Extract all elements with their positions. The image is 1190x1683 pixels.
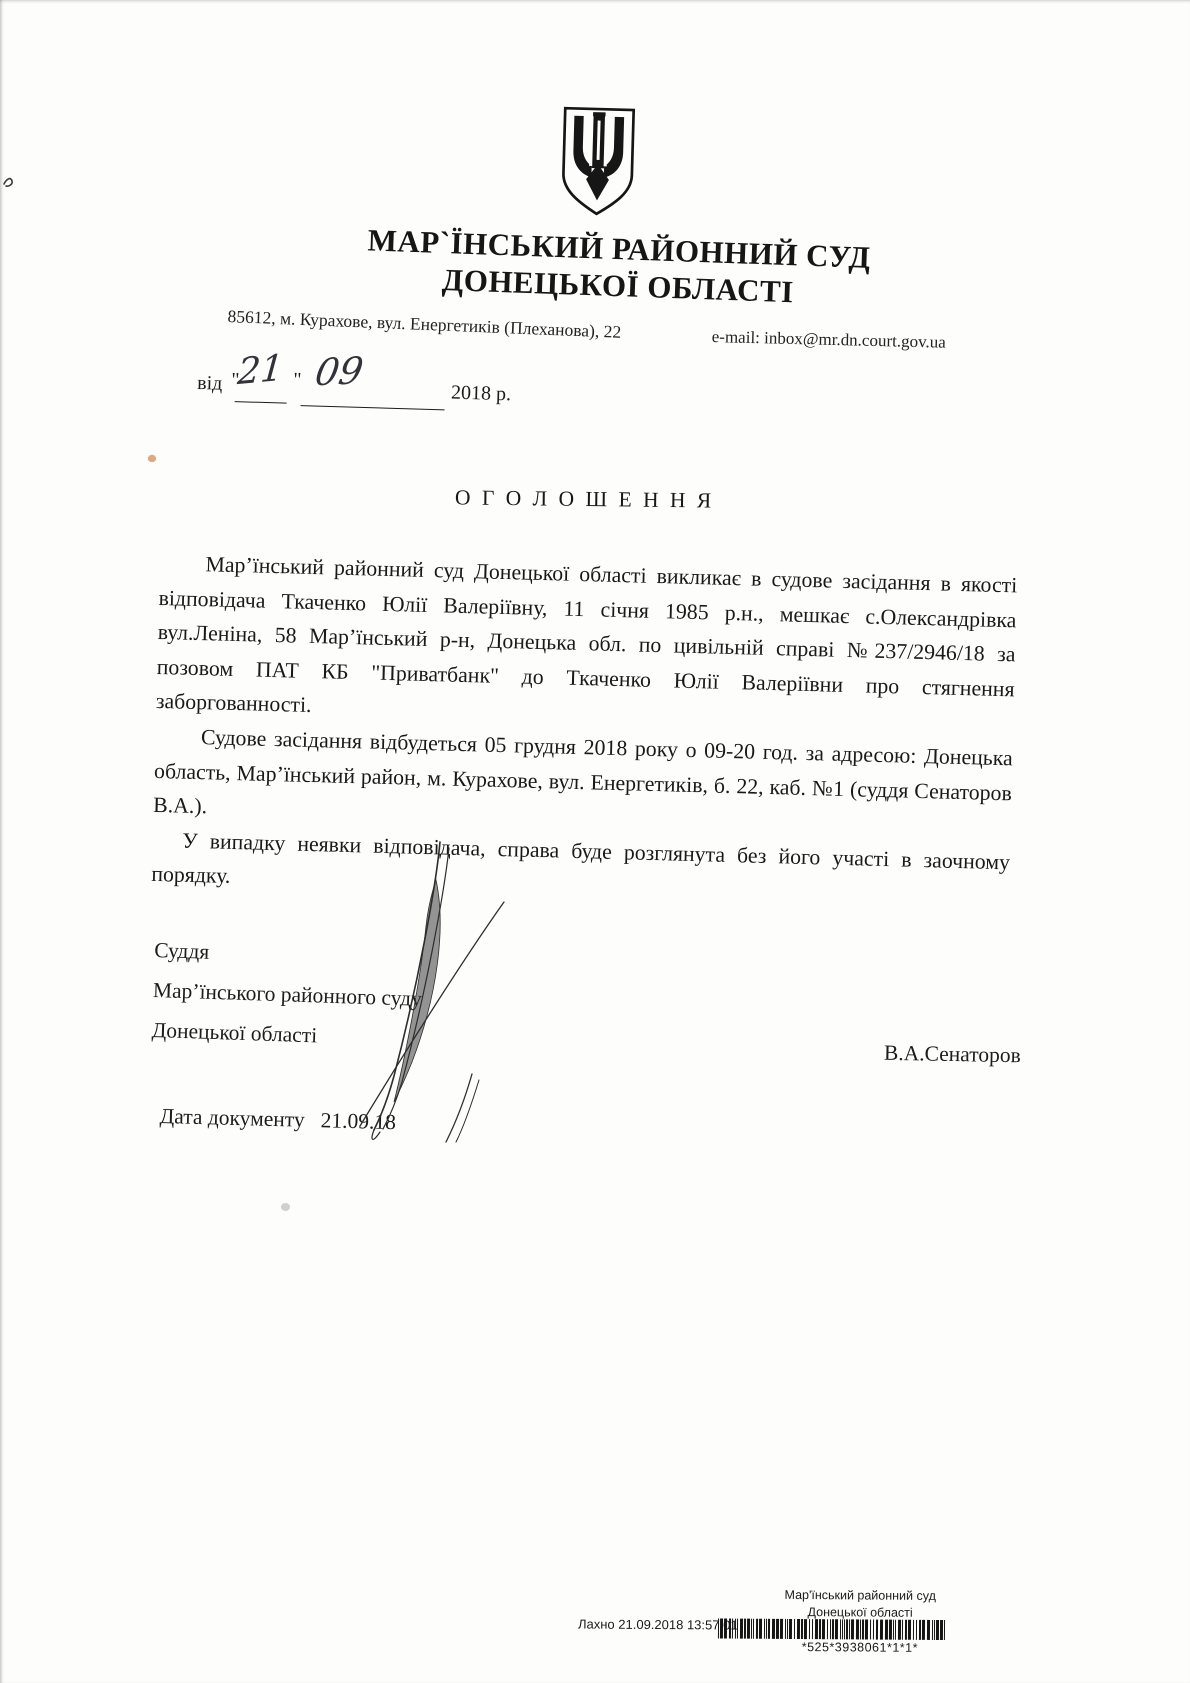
barcode-text: *525*3938061*1*1*	[720, 1639, 1000, 1655]
smudge-artifact	[281, 1203, 290, 1211]
document-date-label: Дата документу	[159, 1104, 305, 1132]
document-date-line: від " 21 " 09 2018 р.	[196, 356, 618, 438]
footer-court-name: Мар'їнський районний суд	[720, 1587, 1000, 1603]
handwritten-day: 21	[236, 347, 285, 393]
handwritten-month: 09	[312, 349, 366, 394]
orange-dot-artifact	[148, 455, 156, 462]
paragraph-summons: Мар’їнський районний суд Донецької облас…	[155, 546, 1017, 741]
scanned-court-document: МАР`ЇНСЬКИЙ РАЙОННИЙ СУД ДОНЕЦЬКОЇ ОБЛАС…	[0, 0, 1190, 1683]
judge-name: В.А.Сенаторов	[884, 1041, 1021, 1069]
announcement-title: О Г О Л О Ш Е Н Н Я	[455, 485, 714, 513]
ukraine-trident-emblem-icon	[554, 105, 641, 219]
announcement-body: Мар’їнський районний суд Донецької облас…	[151, 546, 1018, 914]
registration-footer: Мар'їнський районний суд Донецької облас…	[560, 1586, 1031, 1669]
pen-mark-artifact	[2, 170, 22, 192]
signature-ink	[352, 834, 516, 1148]
date-close-quote: "	[293, 369, 302, 392]
date-year: 2018 р.	[451, 382, 512, 407]
court-address: 85612, м. Курахове, вул. Енергетиків (Пл…	[227, 306, 621, 343]
scan-operator-info: Лахно 21.09.2018 13:57:01	[578, 1616, 738, 1632]
date-prefix: від	[197, 372, 223, 396]
date-month-underline	[301, 405, 445, 410]
date-day-underline	[235, 401, 287, 404]
barcode-bars	[718, 1618, 992, 1640]
court-email: e-mail: inbox@mr.dn.court.gov.ua	[712, 327, 947, 353]
court-name: МАР`ЇНСЬКИЙ РАЙОННИЙ СУД ДОНЕЦЬКОЇ ОБЛАС…	[297, 219, 939, 315]
